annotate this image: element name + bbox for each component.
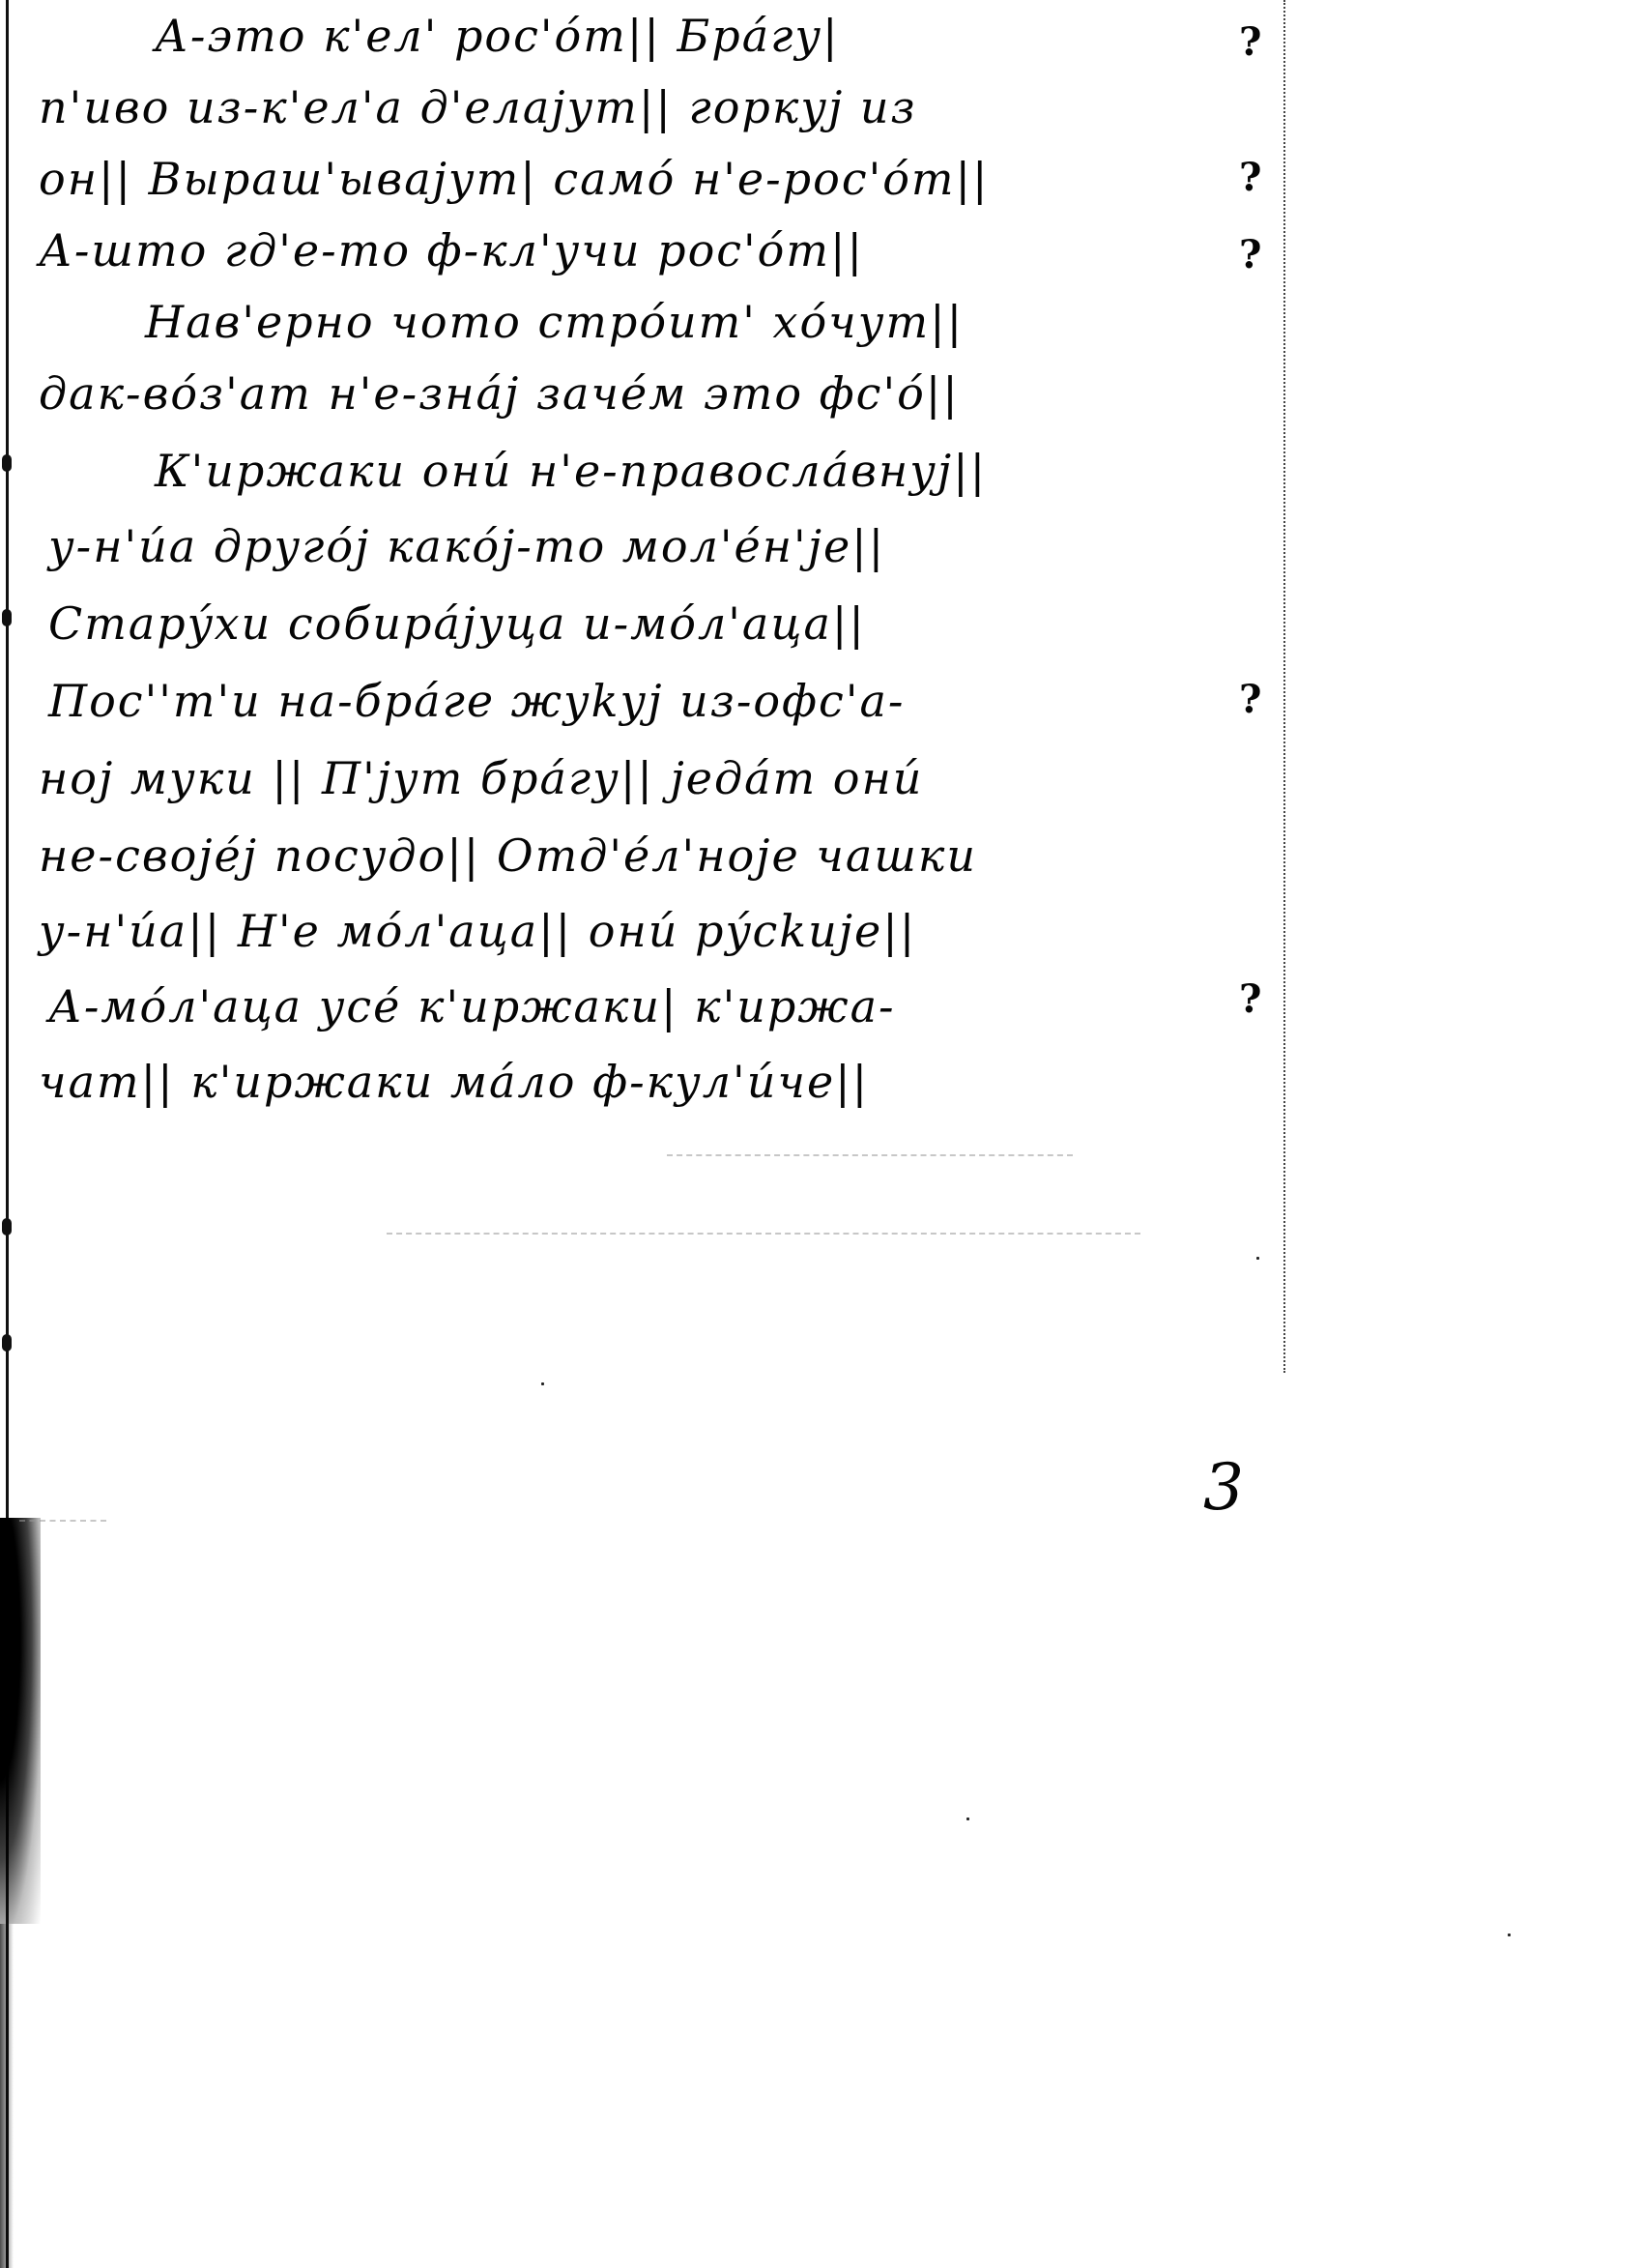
- margin-question-mark: ?: [1239, 677, 1261, 722]
- text-line-10: Пос''т'и на-брáге жуkуј из-офс'а-: [48, 665, 905, 737]
- faint-ruled-line: [667, 1154, 1073, 1156]
- scan-smudge: [0, 1518, 41, 1924]
- text-line-9: Старýхи собирáјуца и-мóл'аца||: [48, 588, 866, 659]
- text-line-6: дак-вóз'ат н'е-знáј зачéм это фс'ó||: [39, 358, 960, 429]
- scanned-page: А-это к'ел' рос'óт|| Брáгу| п'иво из-к'е…: [0, 0, 1643, 2268]
- text-line-8: у-н'úа другóј какóј-то мол'éн'је||: [48, 510, 885, 582]
- text-line-11: ној муки || П'јут брáгу|| једáт онú: [39, 742, 923, 814]
- text-line-15: чат|| к'иржаки мáло ф-кул'úчe||: [39, 1046, 869, 1118]
- faint-ruled-line: [387, 1233, 1140, 1235]
- page-number: 3: [1203, 1450, 1244, 1525]
- margin-question-mark: ?: [1239, 976, 1261, 1022]
- scan-speck: [1256, 1257, 1259, 1260]
- text-line-5: Нав'ерно чото стрóит' хóчут||: [145, 286, 964, 358]
- scan-speck: [541, 1382, 544, 1385]
- scan-smudge-tail: [0, 1924, 14, 2268]
- scan-speck: [1508, 1934, 1511, 1936]
- text-line-1: А-это к'ел' рос'óт|| Брáгу|: [155, 0, 840, 72]
- margin-question-mark: ?: [1239, 19, 1261, 65]
- text-line-14: А-мóл'аца усé к'иржаки| к'иржа-: [48, 971, 896, 1042]
- binding-mark: [2, 1334, 12, 1352]
- faint-ruled-line: [19, 1520, 106, 1522]
- binding-mark: [2, 609, 12, 626]
- margin-question-mark: ?: [1239, 155, 1261, 200]
- text-line-7: К'иржаки онú н'е-правослáвнуј||: [155, 435, 987, 507]
- right-margin-line: [1283, 0, 1285, 1373]
- margin-question-mark: ?: [1239, 232, 1261, 277]
- binding-mark: [2, 454, 12, 472]
- text-line-12: не-својéј посудо|| Отд'éл'нојe чашки: [39, 820, 977, 891]
- text-line-13: у-н'úа|| Н'е мóл'аца|| онú рýсkuјe||: [39, 895, 916, 967]
- scan-speck: [966, 1817, 969, 1820]
- text-line-2: п'иво из-к'ел'а д'елајут|| горкуј из: [39, 72, 917, 143]
- text-line-3: он|| Выраш'ывајут| самó н'е-рос'óт||: [39, 143, 990, 215]
- text-line-4: А-што гд'е-то ф-кл'учи рос'óт||: [39, 215, 864, 286]
- binding-mark: [2, 1218, 12, 1236]
